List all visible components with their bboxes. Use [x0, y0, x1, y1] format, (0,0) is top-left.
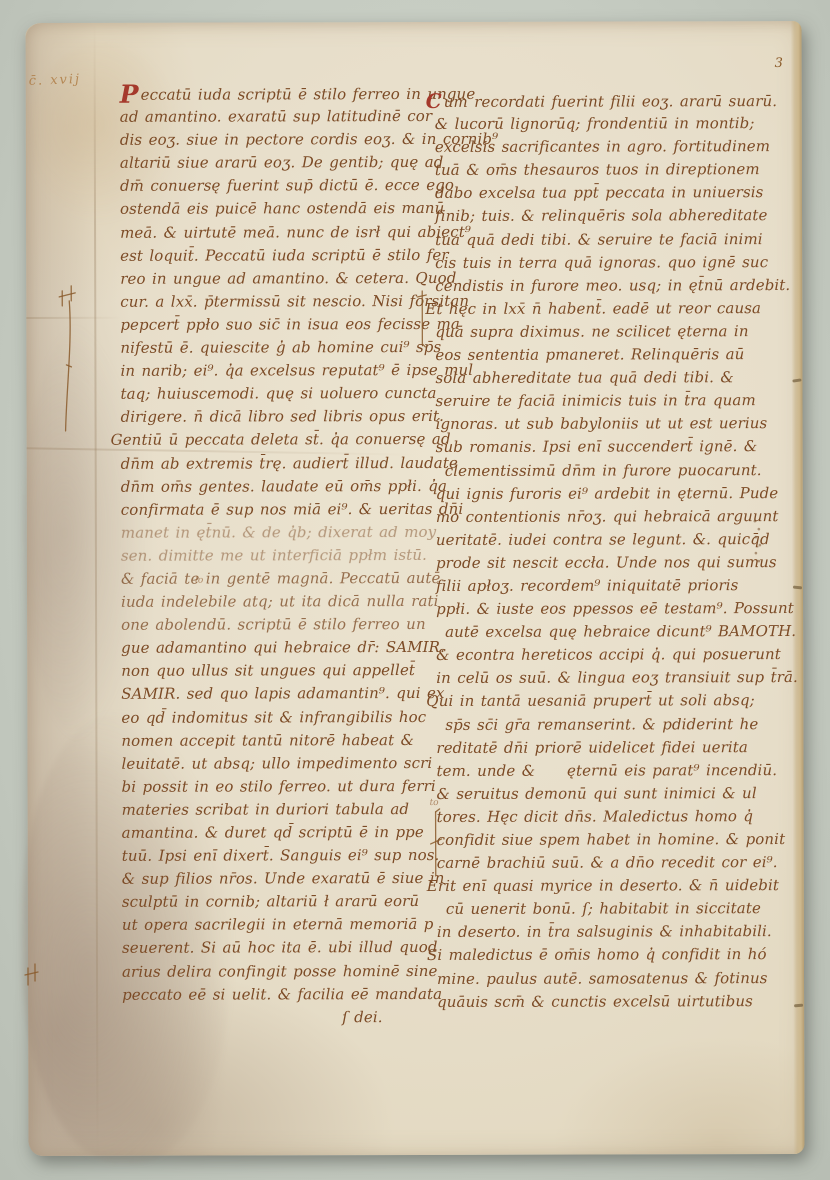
manuscript-line: eos sententia pmaneret. Relinquēris aū — [435, 343, 797, 367]
manuscript-line: taq; huiuscemodi. quę si uoluero cuncta — [120, 382, 442, 406]
nota-mark-icon — [54, 281, 82, 441]
manuscript-line: ppłi. & iuste eos ppessos eē testam⁹. Po… — [436, 597, 798, 621]
manuscript-line: dm̄ conuersę fuerint sup̄ dictū ē. ecce … — [120, 174, 442, 198]
manuscript-line: seruire te faciā inimicis tuis in t̄ra q… — [435, 389, 797, 413]
manuscript-line: dn̄m ab extremis t̄rę. audiert̄ illud. l… — [121, 451, 443, 475]
manuscript-line: Cum recordati fuerint filii eoʒ. ararū s… — [435, 89, 797, 113]
manuscript-line: cur. a lxx̄. p̄termissū sit nescio. Nisi… — [120, 290, 442, 314]
manuscript-line: prode sit nescit eccła. Unde nos qui sum… — [436, 551, 798, 575]
manuscript-line: ad amantino. exaratū sup latitudinē cor — [120, 105, 442, 129]
manuscript-line: in narib; ei⁹. q̓a excelsus reputat⁹ ē i… — [120, 359, 442, 383]
manuscript-line: Peccatū iuda scriptū ē stilo ferreo in u… — [120, 82, 442, 106]
manuscript-line: tores. Hęc dicit dn̄s. Maledictus homo q… — [437, 805, 799, 829]
manuscript-line: SAMIR. sed quo lapis adamantin⁹. qui ex — [121, 682, 443, 706]
manuscript-line: mo contentionis nr̄oʒ. qui hebraicā argu… — [436, 505, 798, 529]
manuscript-line: reo in ungue ad amantino. & cetera. Quod — [120, 267, 442, 291]
manuscript-line: sen. dimitte me ut interficiā ppłm istū. — [121, 544, 443, 568]
nota-mark-icon — [22, 961, 42, 991]
manuscript-line: non quo ullus sit ungues qui appellet̄ — [121, 659, 443, 683]
manuscript-line: gue adamantino qui hebraice dr̄: SAMIR. — [121, 636, 443, 660]
manuscript-line: tuā & om̄s thesauros tuos in direptionem — [435, 158, 797, 182]
manuscript-line: finib; tuis. & relinquēris sola abheredi… — [435, 204, 797, 228]
manuscript-line: in deserto. in t̄ra salsuginis & inhabit… — [437, 920, 799, 944]
manuscript-line: seuerent. Si aū hoc ita ē. ubi illud quo… — [122, 936, 444, 960]
manuscript-line: peccato eē si uelit. & facilia eē mandat… — [122, 983, 444, 1007]
manuscript-line: confirmata ē sup nos miā ei⁹. & ueritas … — [121, 498, 443, 522]
manuscript-line: dabo excelsa tua ppt̄ peccata in uniuers… — [435, 181, 797, 205]
manuscript-line: cendistis in furore meo. usq; in ęt̄nū a… — [435, 274, 797, 298]
manuscript-line: confidit siue spem habet in homine. & po… — [437, 828, 799, 852]
manuscript-line: & lucorū lignorūq; frondentiū in montib; — [435, 112, 797, 136]
manuscript-line: est loquit̄. Peccatū iuda scriptū ē stil… — [120, 244, 442, 268]
manuscript-line: sp̄s sc̄i gr̄a remanserint. & pdiderint … — [445, 713, 798, 737]
manuscript-line: clementissimū dn̄m in furore puocarunt. — [445, 458, 798, 482]
manuscript-line: sculptū in cornib; altariū ł ararū eorū — [122, 890, 444, 914]
rubricated-initial: P — [120, 80, 139, 109]
obelus-mark-icon — [427, 806, 445, 884]
manuscript-line: amantina. & duret qd̄ scriptū ē in ppe — [122, 821, 444, 845]
left-column: Peccatū iuda scriptū ē stilo ferreo in u… — [120, 82, 444, 1030]
manuscript-line: in celū os suū. & lingua eoʒ transiuit s… — [436, 666, 798, 690]
manuscript-page: c̄. xvij 3 Peccatū iuda scriptū ē stilo … — [26, 21, 805, 1156]
folio-number: 3 — [775, 56, 783, 71]
manuscript-line: iuda indelebile atq; ut ita dicā nulla r… — [121, 590, 443, 614]
manuscript-line: sub romanis. Ipsi enī succendert̄ ignē. … — [436, 435, 798, 459]
manuscript-line: tem. unde & ęternū eis parat⁹ incendiū. — [436, 759, 798, 783]
manuscript-line: reditatē dn̄i priorē uidelicet fidei uer… — [436, 736, 798, 760]
manuscript-line: altariū siue ararū eoʒ. De gentib; quę a… — [120, 151, 442, 175]
manuscript-line: bi possit in eo stilo ferreo. ut dura fe… — [121, 775, 443, 799]
manuscript-line: quā supra diximus. ne scilicet ęterna in — [435, 320, 797, 344]
manuscript-line: filii apłoʒ. recordem⁹ iniquitatē priori… — [436, 574, 798, 598]
chapter-marginal: c̄. xvij — [28, 72, 81, 89]
manuscript-line: & faciā te in gentē magnā. Peccatū autē — [121, 567, 443, 591]
manuscript-line: cū uenerit bonū. ſ; habitabit in siccita… — [446, 897, 799, 921]
manuscript-line: dis eoʒ. siue in pectore cordis eoʒ. & i… — [120, 128, 442, 152]
obelus-mark-icon — [414, 288, 430, 350]
manuscript-line: qui ignis furoris ei⁹ ardebit in ęternū.… — [436, 482, 798, 506]
manuscript-line: & econtra hereticos accipi q̓. qui posue… — [436, 643, 798, 667]
manuscript-line: manet in ęt̄nū. & de q̓b; dixerat ad moy — [121, 521, 443, 545]
manuscript-line: tua quā dedi tibi. & seruire te faciā in… — [435, 228, 797, 252]
manuscript-line: cis tuis in terra quā ignoras. quo ignē … — [435, 251, 797, 275]
manuscript-line: & sup filios nr̄os. Unde exaratū ē siue … — [122, 867, 444, 891]
manuscript-line: pepcert̄ ppło suo sic̄ in isua eos fecis… — [120, 313, 442, 337]
manuscript-line: Gentiū ū peccata deleta st̄. q̓a conuers… — [111, 428, 443, 452]
manuscript-line: leuitatē. ut absq; ullo impedimento scri — [121, 752, 443, 776]
manuscript-line: Qui in tantā uesaniā prupert̄ ut soli ab… — [426, 689, 798, 713]
catchword: ſ dei. — [342, 1006, 444, 1029]
manuscript-line: Erit enī quasi myrice in deserto. & n̄ u… — [427, 874, 799, 898]
interlinear-gloss: lo — [195, 576, 203, 586]
manuscript-line: dirigere. n̄ dicā libro sed libris opus … — [121, 405, 443, 429]
manuscript-line: excelsis sacrificantes in agro. fortitud… — [435, 135, 797, 159]
dotted-nota-icon — [751, 517, 765, 567]
manuscript-line: eo qd̄ indomitus sit & infrangibilis hoc — [121, 705, 443, 729]
manuscript-line: sola abhereditate tua quā dedi tibi. & — [435, 366, 797, 390]
manuscript-line: tuū. Ipsi enī dixert̄. Sanguis ei⁹ sup n… — [122, 844, 444, 868]
manuscript-line: nomen accepit tantū nitorē habeat & — [121, 729, 443, 753]
rubricated-initial: C — [426, 89, 442, 113]
manuscript-line: ostendā eis puicē hanc ostendā eis manū — [120, 197, 442, 221]
manuscript-line: meā. & uirtutē meā. nunc de isrł qui abi… — [120, 220, 442, 244]
manuscript-line: one abolendū. scriptū ē stilo ferreo un — [121, 613, 443, 637]
manuscript-line: carnē brachiū suū. & a dn̄o recedit cor … — [437, 851, 799, 875]
manuscript-line: ut opera sacrilegii in eternā memoriā p — [122, 913, 444, 937]
manuscript-line: dn̄m om̄s gentes. laudate eū om̄s ppłi. … — [121, 475, 443, 499]
manuscript-line: arius delira confingit posse hominē sine — [122, 959, 444, 983]
manuscript-line: nifestū ē. quiescite g̓ ab homine cui⁹ s… — [120, 336, 442, 360]
manuscript-line: ignoras. ut sub babyloniis ut ut est uer… — [436, 412, 798, 436]
manuscript-line: materies scribat in duriori tabula ad — [122, 798, 444, 822]
manuscript-line: & seruitus demonū qui sunt inimici & ul — [437, 782, 799, 806]
manuscript-line: ueritatē. iudei contra se legunt. &. qui… — [436, 528, 798, 552]
right-column: Cum recordati fuerint filii eoʒ. ararū s… — [435, 89, 799, 1014]
manuscript-line: Si maledictus ē om̄is homo q̓ confidit i… — [427, 943, 799, 967]
manuscript-line: quāuis scm̄ & cunctis excelsū uirtutibus — [437, 990, 799, 1014]
manuscript-line: Et hęc in lxx̄ n̄ habent̄. eadē ut reor … — [425, 297, 797, 321]
manuscript-line: mine. paulus autē. samosatenus & fotinus — [437, 967, 799, 991]
manuscript-line: autē excelsa quę hebraice dicunt⁹ BAMOTH… — [445, 620, 798, 644]
